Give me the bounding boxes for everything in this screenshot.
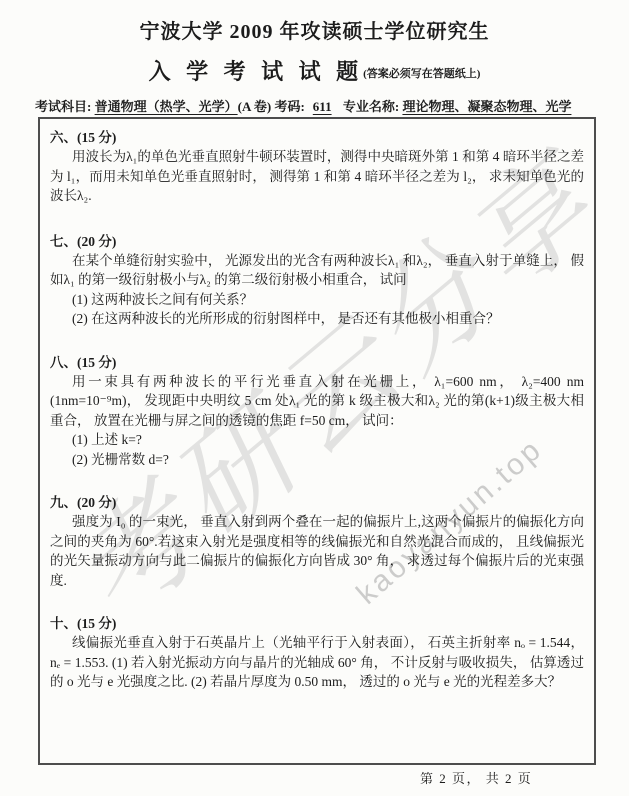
question-body: 线偏振光垂直入射于石英晶片上（光轴平行于入射表面）， 石英主折射率 nₒ = 1… [50, 633, 584, 692]
question-heading: 七、(20 分) [50, 232, 584, 251]
question-heading: 八、(15 分) [50, 353, 584, 372]
question-item: (2) 在这两种波长的光所形成的衍射图样中， 是否还有其他极小相重合？ [72, 309, 584, 329]
question-6: 六、(15 分) 用波长为λ₁的单色光垂直照射牛顿环装置时，测得中央暗斑外第 1… [50, 128, 584, 206]
major-label: 专业名称: [343, 99, 399, 114]
question-box: 六、(15 分) 用波长为λ₁的单色光垂直照射牛顿环装置时，测得中央暗斑外第 1… [38, 117, 596, 765]
question-heading: 六、(15 分) [50, 128, 584, 147]
question-item: (2) 光栅常数 d=? [72, 450, 584, 470]
major-value: 理论物理、凝聚态物理、光学 [402, 99, 571, 114]
answer-sheet-note: (答案必须写在答题纸上) [363, 68, 480, 80]
page-number: 第 2 页， 共 2 页 [420, 768, 532, 787]
code-label: 考码: [274, 99, 304, 114]
question-body: 在某个单缝衍射实验中， 光源发出的光含有两种波长λ₁ 和λ₂， 垂直入射于单缝上… [50, 251, 584, 290]
page-title-line2: 入 学 考 试 试 题 [149, 59, 364, 84]
question-8: 八、(15 分) 用一束具有两种波长的平行光垂直入射在光栅上， λ₁=600 n… [50, 353, 584, 470]
question-body: 用波长为λ₁的单色光垂直照射牛顿环装置时，测得中央暗斑外第 1 和第 4 暗环半… [50, 147, 584, 206]
question-10: 十、(15 分) 线偏振光垂直入射于石英晶片上（光轴平行于入射表面）， 石英主折… [50, 614, 584, 692]
subject-label: 考试科目: [35, 99, 91, 114]
exam-info-line: 考试科目: 普通物理（热学、光学）(A 卷) 考码:611 专业名称: 理论物理… [35, 96, 595, 115]
question-7: 七、(20 分) 在某个单缝衍射实验中， 光源发出的光含有两种波长λ₁ 和λ₂，… [50, 232, 584, 329]
question-body: 强度为 I₀ 的一束光， 垂直入射到两个叠在一起的偏振片上,这两个偏振片的偏振化… [50, 512, 584, 590]
question-heading: 九、(20 分) [50, 493, 584, 512]
question-items: (1) 上述 k=? (2) 光栅常数 d=? [50, 430, 584, 469]
page-title-line1: 宁波大学 2009 年攻读硕士学位研究生 [0, 15, 629, 44]
subject-value: 普通物理（热学、光学） [95, 99, 238, 114]
header: 宁波大学 2009 年攻读硕士学位研究生 入 学 考 试 试 题(答案必须写在答… [0, 0, 629, 86]
question-item: (1) 上述 k=? [72, 430, 584, 450]
paper-type: (A 卷) [238, 99, 272, 114]
question-body: 用一束具有两种波长的平行光垂直入射在光栅上， λ₁=600 nm， λ₂=400… [50, 372, 584, 431]
page-title-line2-row: 入 学 考 试 试 题(答案必须写在答题纸上) [0, 55, 629, 86]
question-9: 九、(20 分) 强度为 I₀ 的一束光， 垂直入射到两个叠在一起的偏振片上,这… [50, 493, 584, 590]
question-item: (1) 这两种波长之间有何关系？ [72, 290, 584, 310]
code-value: 611 [313, 99, 332, 114]
question-items: (1) 这两种波长之间有何关系？ (2) 在这两种波长的光所形成的衍射图样中， … [50, 290, 584, 329]
question-heading: 十、(15 分) [50, 614, 584, 633]
